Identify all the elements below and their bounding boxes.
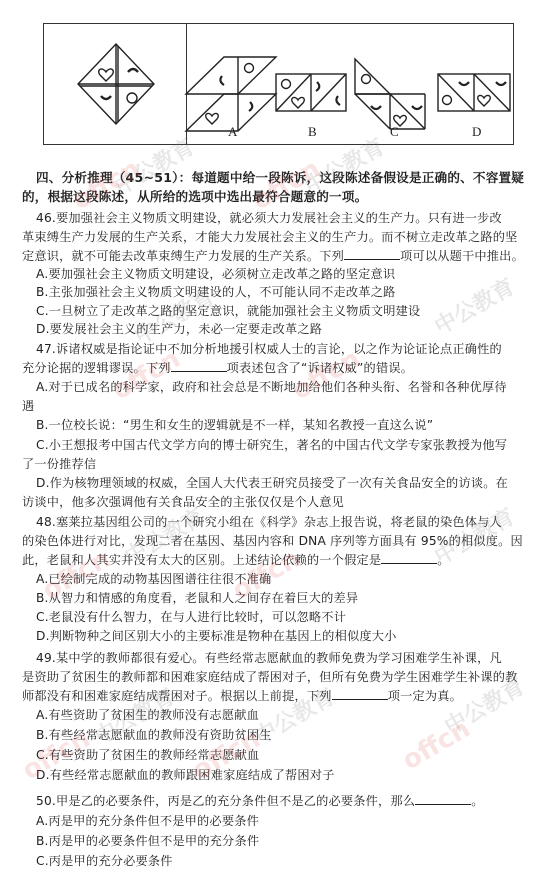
q47-option-c-line1: C.小王想报考中国古代文学方向的博士研究生，著名的中国古代文学专家张教授为他写 [36,436,507,453]
q50-option-a: A.丙是甲的充分条件但不是甲的必要条件 [36,812,259,829]
q49-option-a: A.有些资助了贫困生的教师没有志愿献血 [36,706,259,723]
q48-option-d: D.判断物种之间区别大小的主要标准是物种在基因上的相似度大小 [36,627,397,644]
watermark-text: 中公教育 [428,270,520,341]
q50-stem-b: 。 [471,794,483,808]
q46-stem-line3: 定意识，就不可能去改革束缚生产力发展的生产关系。下列项可以从题干中推出。 [22,247,524,264]
q47-option-d-line2: 访谈中，他多次强调他有关食品安全的主张仅仅是个人意见 [22,493,344,510]
q47-option-d-line1: D.作为核物理领域的权威，全国人大代表王研究员接受了一次有关食品安全的访谈。在 [36,474,508,491]
q46-stem-line3-a: 定意识，就不可能去改革束缚生产力发展的生产关系。下列 [22,249,344,263]
q48-option-a: A.已绘制完成的动物基因图谱往往很不准确 [36,570,271,587]
q50-option-c: C.丙是甲的充分必要条件 [36,852,173,869]
q49-stem-line3-a: 师都没有和困难家庭结成帮困对子。根据以上前提，下列 [22,689,332,703]
q50-option-b: B.丙是甲的必要条件但不是甲的充分条件 [36,832,259,849]
question-diamond-icon [78,44,154,124]
option-b-net-icon [276,74,346,111]
q50-stem-a: 50.甲是乙的必要条件，丙是乙的充分条件但不是乙的必要条件，那么 [36,794,415,808]
q46-option-a: A.要加强社会主义物质文明建设，必须树立走改革之路的坚定意识 [36,265,395,282]
q50-blank [415,792,471,805]
q47-blank [171,359,227,372]
q46-option-d: D.要发展社会主义的生产力，未必一定要走改革之路 [36,320,322,337]
q46-stem-line2: 革束缚生产力发展的生产关系，才能大力发展社会主义的生产力。而不树立走改革之路的坚 [22,228,518,245]
q47-option-c-line2: 了一份推荐信 [22,455,96,472]
q47-stem-line2-b: 项表述包含了“诉诸权威”的错误。 [227,361,413,375]
q47-stem-line2: 充分论据的逻辑谬误。下列项表述包含了“诉诸权威”的错误。 [22,359,413,376]
q48-stem-line3-b: 。 [437,553,449,567]
q49-stem-line3: 师都没有和困难家庭结成帮困对子。根据以上前提，下列项一定为真。 [22,687,462,704]
section-heading-line1: 四、分析推理（45~51）：每道题中给一段陈诉，这段陈述备假设是正确的、不容置疑 [36,167,524,186]
q48-stem-line2: 的染色体进行对比，发现二者在基因、基因内容和 DNA 序列等方面具有 95%的相… [22,532,523,549]
q50-stem: 50.甲是乙的必要条件，丙是乙的充分条件但不是乙的必要条件，那么。 [36,792,484,809]
q48-stem-line1: 48.塞莱拉基因组公司的一个研究小组在《科学》杂志上报告说，将老鼠的染色体与人 [36,513,502,530]
q48-stem-line3: 此，老鼠和人其实并没有太大的区别。上述结论依赖的一个假定是。 [22,551,450,568]
q49-stem-line1: 49.某中学的教师都很有爱心。有些经常志愿献血的教师免费为学习困难学生补课，凡 [36,649,502,666]
option-a-net-icon [186,57,276,131]
q48-option-c: C.老鼠没有什么智力，在与人进行比较时，可以忽略不计 [36,608,346,625]
q48-stem-line3-a: 此，老鼠和人其实并没有太大的区别。上述结论依赖的一个假定是 [22,553,381,567]
q46-blank [344,247,400,260]
q49-stem-line3-b: 项一定为真。 [388,689,462,703]
q49-stem-line2: 是资助了贫困生的教师都和困难家庭结成了帮困对子，但所有免费为学生困难学生补课的教 [22,668,518,685]
q46-option-c: C.一旦树立了走改革之路的坚定意识，就能加强社会主义物质文明建设 [36,302,420,319]
q48-blank [381,551,437,564]
q47-option-a-line2: 遇 [22,397,34,414]
q49-option-c: C.有些资助了贫困生的教师经常志愿献血 [36,746,259,763]
q46-option-b: B.主张加强社会主义物质文明建设的人，不可能认同不走改革之路 [36,283,396,300]
figure-panel: A B C D [43,23,514,145]
option-d-net-icon [438,74,510,111]
folding-figure [44,24,515,146]
q49-option-b: B.有些经常志愿献血的教师没有资助贫困生 [36,726,272,743]
watermark-logo: offcn [397,714,475,776]
q46-stem-line3-b: 项可以从题干中推出。 [400,249,524,263]
q47-option-b: B.一位校长说：“男生和女生的逻辑就是不一样，某知名教授一直这么说” [36,416,433,433]
option-c-net-icon [355,59,425,129]
option-label-c: C [390,124,399,140]
q46-stem-line1: 46.要加强社会主义物质文明建设，就必须大力发展社会主义的生产力。只有进一步改 [36,209,502,226]
option-label-b: B [308,124,317,140]
q47-stem-line2-a: 充分论据的逻辑谬误。下列 [22,361,171,375]
option-label-a: A [228,124,237,140]
q49-option-d: D.有些经常志愿献血的教师跟困难家庭结成了帮困对子 [36,766,335,783]
q47-stem-line1: 47.诉诸权威是指论证中不加分析地援引权威人士的言论，以之作为论证论点正确性的 [36,340,502,357]
q48-option-b: B.从智力和情感的角度看，老鼠和人之间存在着巨大的差异 [36,589,358,606]
q49-blank [332,687,388,700]
section-heading-line2: 的，根据这段陈述，从所给的选项中选出最符合题意的一项。 [22,186,367,205]
option-label-d: D [472,124,481,140]
q47-option-a-line1: A.对于已成名的科学家，政府和社会总是不断地加给他们各种头衔、名誉和各种优厚待 [36,378,507,395]
